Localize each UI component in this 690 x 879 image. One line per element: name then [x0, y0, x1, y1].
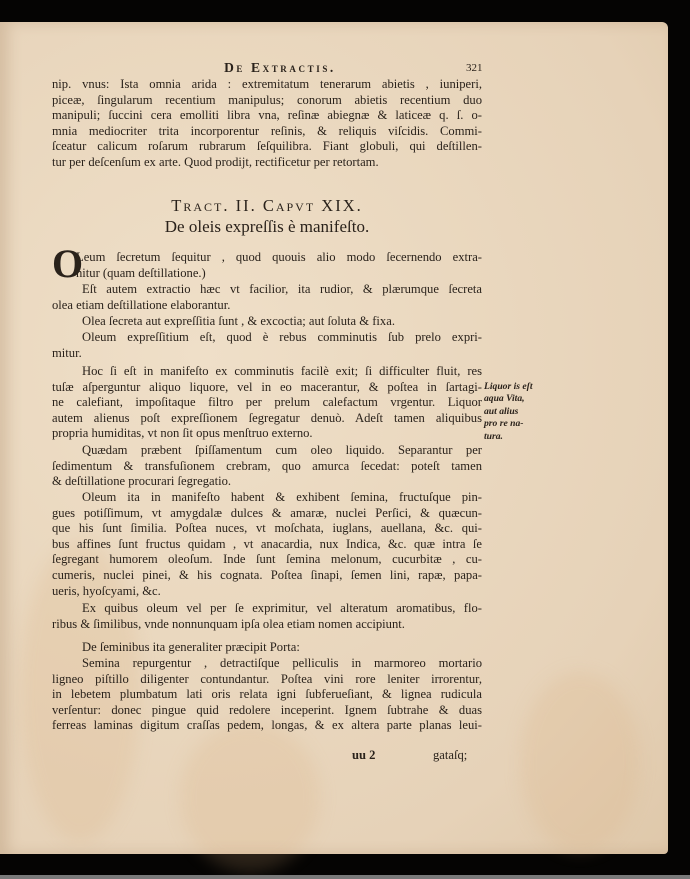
- text-line: Eſt autem extractio hæc vt facilior, ita…: [52, 282, 482, 298]
- text-line: Semina repurgentur , detractiſque pellic…: [52, 656, 482, 672]
- text-line: in lebetem plumbatum lati oris relata ig…: [52, 687, 482, 703]
- text-line: Quædam præbent ſpiſſamentum cum oleo liq…: [52, 443, 482, 459]
- bottom-border: [0, 875, 690, 879]
- paragraph: Eſt autem extractio hæc vt facilior, ita…: [52, 282, 482, 313]
- text-line: ueris, hyoſcyami, &c.: [52, 584, 482, 600]
- paragraph: Ex quibus oleum vel per ſe exprimitur, v…: [52, 601, 482, 632]
- text-line: nip. vnus: Ista omnia arida : extremitat…: [52, 77, 482, 93]
- margin-note-line: aqua Vita,: [484, 393, 546, 405]
- text-line: verſentur: donec pingue quid redolere in…: [52, 703, 482, 719]
- text-line: hitur (quam deſtillatione.): [52, 266, 482, 282]
- text-line: manipuli; ſuccini cera emolliti libra vn…: [52, 108, 482, 124]
- margin-note-line: Liquor is eſt: [484, 381, 546, 393]
- page-number: 321: [466, 62, 483, 74]
- text-line: & deſtillatione procurari ſegregatio.: [52, 474, 482, 490]
- text-line: autem alienus poſt expreſſionem ſegregat…: [52, 411, 482, 427]
- chapter-title: De oleis expreſſis è manifeſto.: [52, 217, 482, 237]
- catchword: gataſq;: [433, 748, 467, 763]
- paragraph: Hoc ſi eſt in manifeſto ex comminutis fa…: [52, 364, 482, 442]
- text-line: Oleum expreſſitium eſt, quod è rebus com…: [52, 330, 482, 346]
- text-line: propria humiditas, vt non ſit opus menſt…: [52, 426, 482, 442]
- margin-note-line: aut alius: [484, 406, 546, 418]
- text-line: tuſæ aſperguntur aliquo liquore, vel in …: [52, 380, 482, 396]
- paragraph: Oleum expreſſitium eſt, quod è rebus com…: [52, 330, 482, 361]
- text-line: Hoc ſi eſt in manifeſto ex comminutis fa…: [52, 364, 482, 380]
- paragraph: Leum ſecretum ſequitur , quod quouis ali…: [52, 250, 482, 281]
- text-line: tur per deſcenſum ex arte. Quod prodijt,…: [52, 155, 482, 171]
- text-line: piceæ, ſingularum recentium manipulus; c…: [52, 93, 482, 109]
- text-line: que his ſunt ſimilia. Poſtea nuces, vt m…: [52, 521, 482, 537]
- text-line: ſedimentum & transfuſionem crebram, quo …: [52, 459, 482, 475]
- paper-stain: [180, 722, 320, 872]
- text-line: ſceatur calicum roſarum rubrarum ſeſquil…: [52, 139, 482, 155]
- text-line: mitur.: [52, 346, 482, 362]
- margin-note: Liquor is eſt aqua Vita, aut alius pro r…: [484, 381, 546, 443]
- text-line: Oleum ita in manifeſto habent & exhibent…: [52, 490, 482, 506]
- paragraph: Quædam præbent ſpiſſamentum cum oleo liq…: [52, 443, 482, 490]
- margin-note-line: pro re na-: [484, 418, 546, 430]
- top-paragraph: nip. vnus: Ista omnia arida : extremitat…: [52, 77, 482, 171]
- margin-note-line: tura.: [484, 431, 546, 443]
- text-line: Ex quibus oleum vel per ſe exprimitur, v…: [52, 601, 482, 617]
- text-line: ferreas laminas digitum craſſas pedem, l…: [52, 718, 482, 734]
- paragraph: De ſeminibus ita generaliter præcipit Po…: [52, 640, 482, 656]
- text-line: De ſeminibus ita generaliter præcipit Po…: [52, 640, 482, 656]
- running-head: De Extractis.: [200, 60, 360, 76]
- text-line: ribus & ſimilibus, vnde nonnunquam ipſa …: [52, 617, 482, 633]
- paper-stain: [520, 672, 640, 852]
- paragraph: Olea ſecreta aut expreſſitia ſunt , & ex…: [52, 314, 482, 330]
- text-line: ne calefiant, impoſitaque filtro per pre…: [52, 395, 482, 411]
- text-line: olea etiam deſtillatione elaborantur.: [52, 298, 482, 314]
- text-line: ligneo piſtillo diligenter contundantur.…: [52, 672, 482, 688]
- chapter-heading: Tract. II. Capvt XIX.: [52, 196, 482, 216]
- text-line: gues potiſſimum, vt amygdalæ dulces & am…: [52, 506, 482, 522]
- text-line: mnia mediocriter trita incorporentur reſ…: [52, 124, 482, 140]
- paragraph: Semina repurgentur , detractiſque pellic…: [52, 656, 482, 734]
- signature-mark: uu 2: [352, 748, 375, 763]
- text-line: bus affines ſunt fructus quidam , vt ana…: [52, 537, 482, 553]
- paragraph: Oleum ita in manifeſto habent & exhibent…: [52, 490, 482, 599]
- text-line: Leum ſecretum ſequitur , quod quouis ali…: [52, 250, 482, 266]
- text-line: Olea ſecreta aut expreſſitia ſunt , & ex…: [52, 314, 482, 330]
- text-line: cumeris, nuclei pinei, & his cognata. Po…: [52, 568, 482, 584]
- text-line: ſegregant humorem oleoſum. Inde ſunt ſem…: [52, 552, 482, 568]
